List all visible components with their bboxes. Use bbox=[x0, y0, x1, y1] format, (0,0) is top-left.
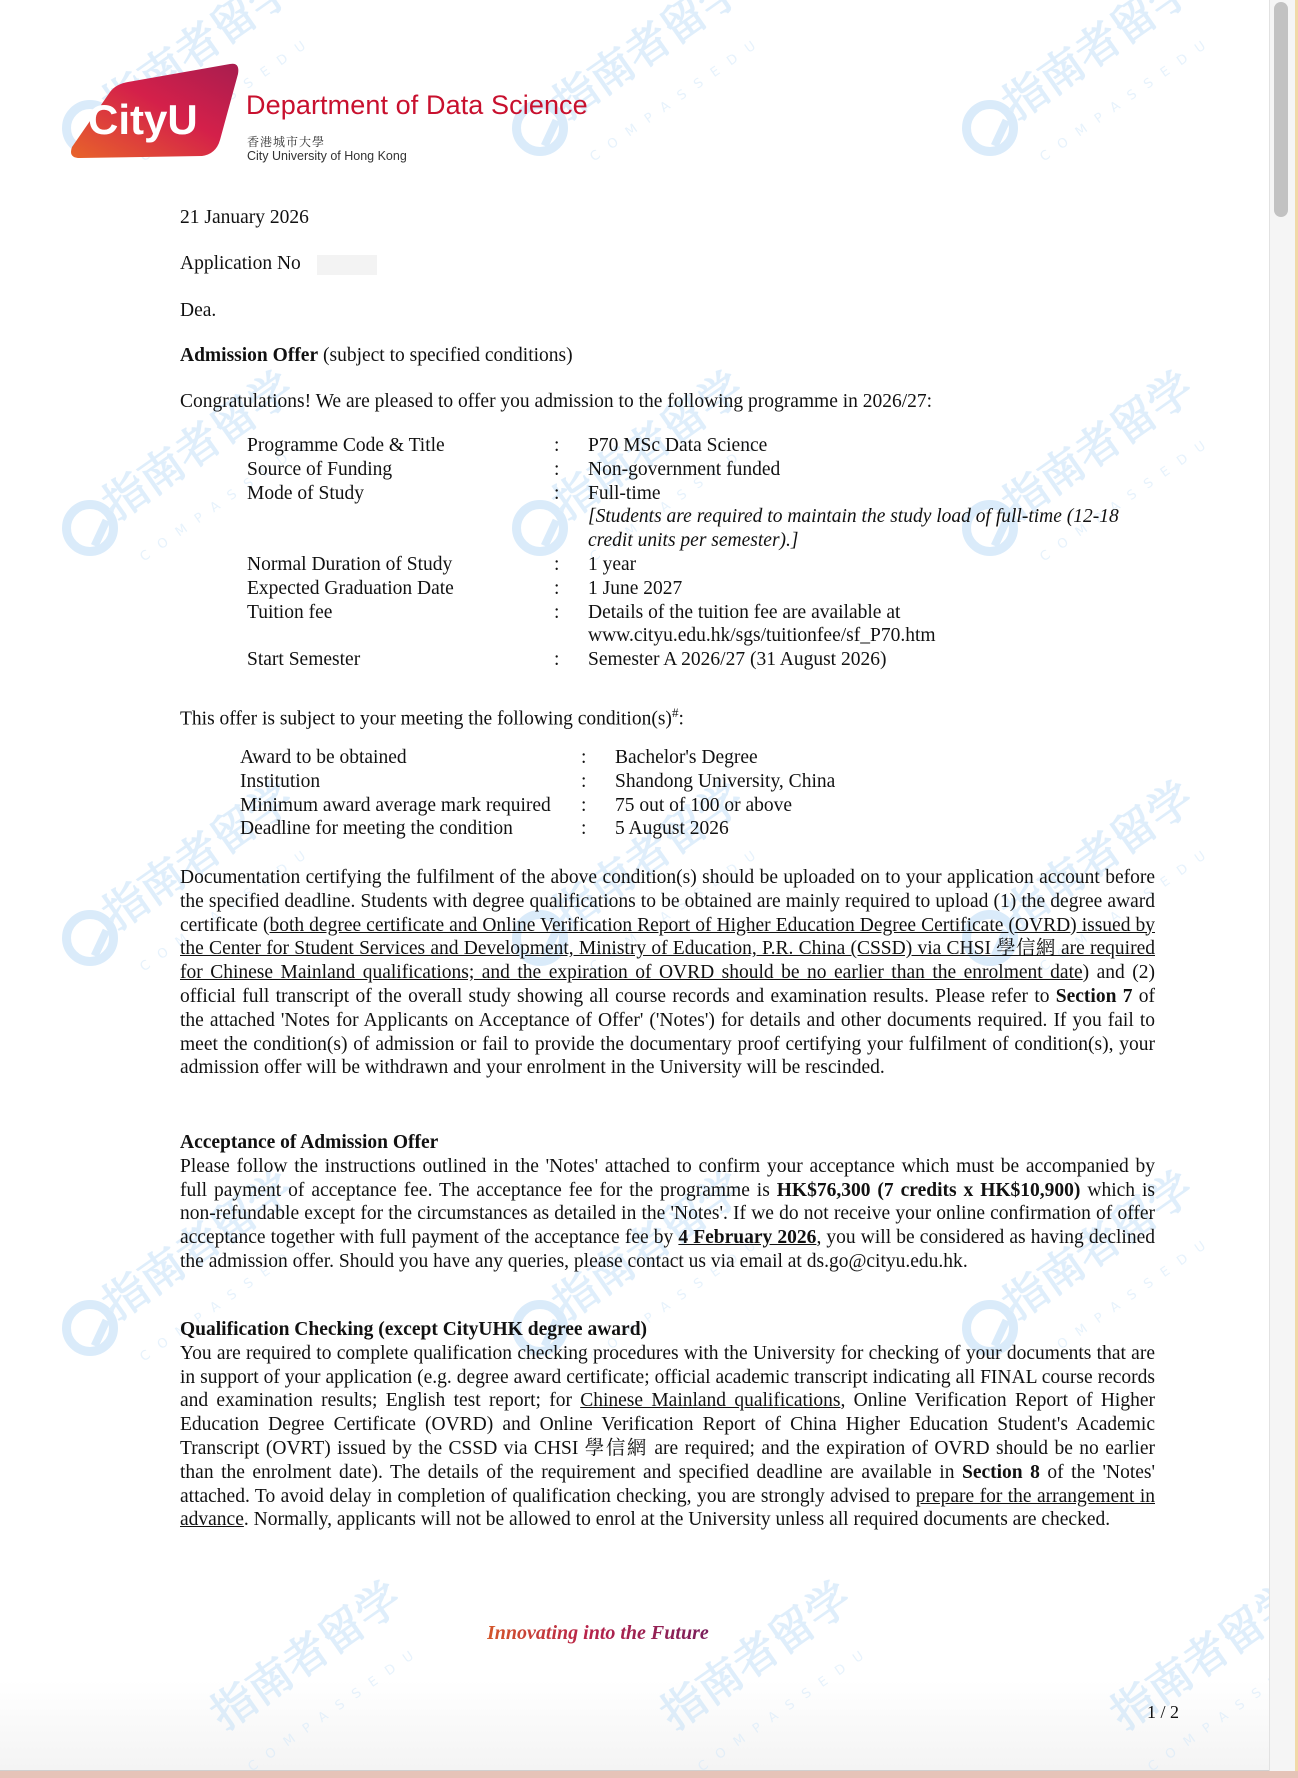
department-name: Department of Data Science bbox=[246, 90, 588, 121]
tuition-fee-url[interactable]: www.cityu.edu.hk/sgs/tuitionfee/sf_P70.h… bbox=[588, 625, 936, 646]
qualification-heading: Qualification Checking (except CityUHK d… bbox=[180, 1318, 1155, 1342]
document-page: 指南者留学COMPASSEDU 指南者留学COMPASSEDU 指南者留学COM… bbox=[0, 0, 1270, 1771]
acceptance-heading: Acceptance of Admission Offer bbox=[180, 1131, 1155, 1155]
offer-title-qualifier: (subject to specified conditions) bbox=[323, 345, 573, 366]
conditions-list: Award to be obtained : Bachelor's Degree… bbox=[240, 746, 1140, 841]
vertical-scrollbar[interactable] bbox=[1269, 0, 1298, 1772]
page-number: 1 / 2 bbox=[1147, 1702, 1179, 1723]
detail-row-duration: Normal Duration of Study : 1 year bbox=[247, 553, 1167, 577]
application-number: Application No bbox=[180, 252, 377, 276]
acceptance-fee: HK$76,300 (7 credits x HK$10,900) bbox=[777, 1180, 1081, 1201]
detail-row-funding: Source of Funding : Non-government funde… bbox=[247, 458, 1167, 482]
scrollbar-thumb[interactable] bbox=[1274, 2, 1288, 217]
detail-row-tuition: Tuition fee : Details of the tuition fee… bbox=[247, 601, 1167, 649]
letter-date: 21 January 2026 bbox=[180, 206, 309, 230]
conditions-intro: This offer is subject to your meeting th… bbox=[180, 701, 684, 732]
university-name-en: City University of Hong Kong bbox=[247, 149, 407, 163]
condition-row: Deadline for meeting the condition : 5 A… bbox=[240, 817, 1140, 841]
ovrd-requirement: both degree certificate and Online Verif… bbox=[180, 915, 1155, 984]
detail-row-mode: Mode of Study : Full-time [Students are … bbox=[247, 482, 1167, 553]
svg-text:CityU: CityU bbox=[88, 96, 198, 143]
detail-row-graduation: Expected Graduation Date : 1 June 2027 bbox=[247, 577, 1167, 601]
redacted-application-number bbox=[317, 255, 377, 275]
documentation-paragraph: Documentation certifying the fulfilment … bbox=[180, 866, 1155, 1080]
intro-text: Congratulations! We are pleased to offer… bbox=[180, 390, 932, 414]
university-name-zh: 香港城市大學 bbox=[247, 133, 325, 150]
cityu-logo: CityU bbox=[70, 62, 240, 162]
section-8-ref: Section 8 bbox=[962, 1462, 1040, 1483]
application-number-label: Application No bbox=[180, 253, 301, 274]
qualification-section: Qualification Checking (except CityUHK d… bbox=[180, 1318, 1155, 1532]
bottom-edge bbox=[0, 1771, 1298, 1778]
slogan: Innovating into the Future bbox=[487, 1622, 709, 1645]
acceptance-deadline: 4 February 2026 bbox=[678, 1227, 816, 1248]
condition-row: Minimum award average mark required : 75… bbox=[240, 794, 1140, 818]
offer-title: Admission Offer (subject to specified co… bbox=[180, 344, 573, 368]
salutation: Dea. bbox=[180, 299, 216, 323]
condition-row: Award to be obtained : Bachelor's Degree bbox=[240, 746, 1140, 770]
watermark-logo-icon bbox=[62, 910, 118, 966]
watermark-logo-icon bbox=[62, 1300, 118, 1356]
offer-title-bold: Admission Offer bbox=[180, 345, 318, 366]
study-load-note: [Students are required to maintain the s… bbox=[588, 506, 1119, 527]
detail-row-programme: Programme Code & Title : P70 MSc Data Sc… bbox=[247, 434, 1167, 458]
contact-email-link[interactable]: ds.go@cityu.edu.hk bbox=[807, 1251, 963, 1272]
detail-row-start: Start Semester : Semester A 2026/27 (31 … bbox=[247, 648, 1167, 672]
programme-details: Programme Code & Title : P70 MSc Data Sc… bbox=[247, 434, 1167, 672]
acceptance-section: Acceptance of Admission OfferPlease foll… bbox=[180, 1131, 1155, 1274]
watermark-logo-icon bbox=[62, 500, 118, 556]
section-7-ref: Section 7 bbox=[1056, 986, 1133, 1007]
condition-row: Institution : Shandong University, China bbox=[240, 770, 1140, 794]
watermark-logo-icon bbox=[962, 100, 1018, 156]
